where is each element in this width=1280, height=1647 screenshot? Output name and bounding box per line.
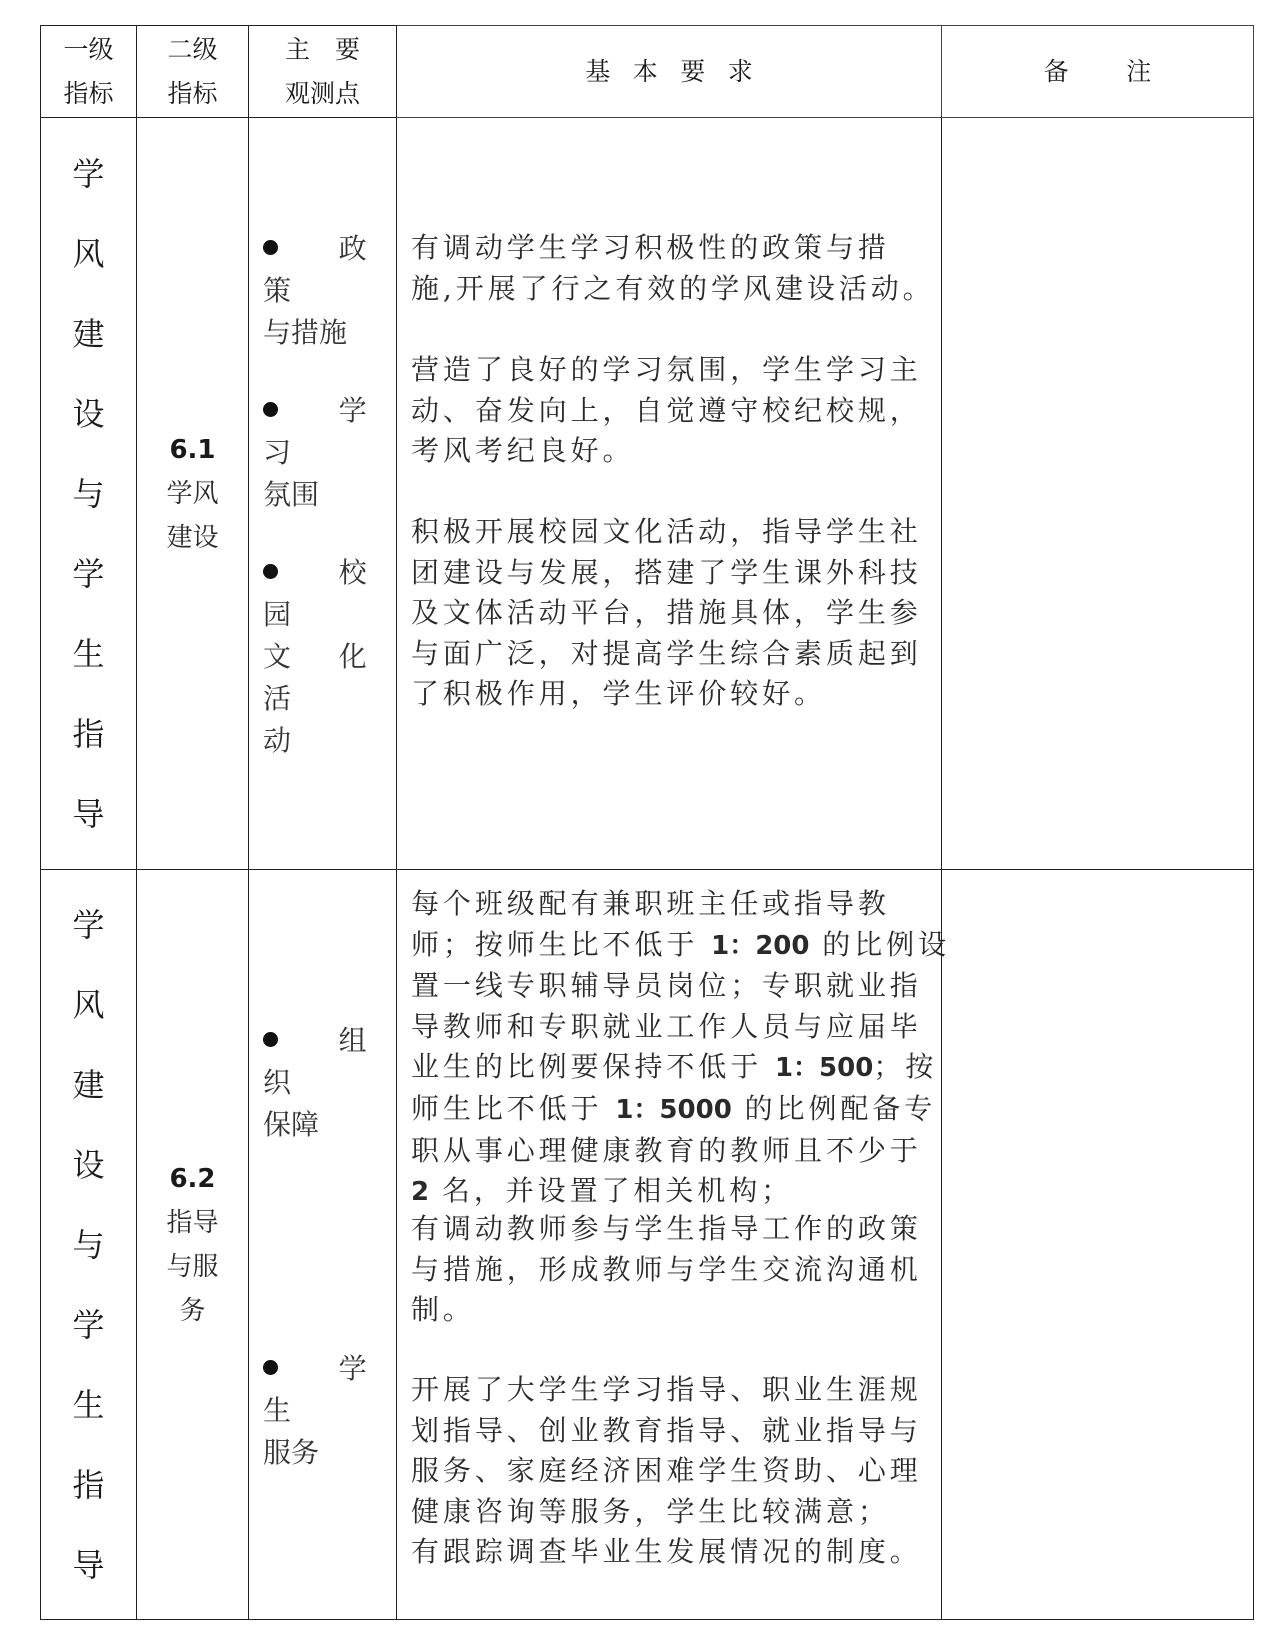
requirement-paragraph: 有调动学生学习积极性的政策与措 施,开展了行之有效的学风建设活动。 (411, 228, 931, 309)
requirement-paragraph: 开展了大学生学习指导、职业生涯规 划指导、创业教育指导、就业指导与 服务、家庭经… (411, 1370, 931, 1573)
observation-item: 学 习 氛围 (263, 390, 382, 516)
level2-indicator-cell: 6.2 指导 与服 务 (137, 870, 249, 1620)
requirements-cell: 每个班级配有兼职班主任或指导教 师；按师生比不低于 1：200 的比例设 置一线… (397, 870, 942, 1620)
evaluation-index-table: 一级 指标 二级 指标 主 要 观测点 基本要求 备注 学 风 (40, 25, 1254, 1620)
header-basic-requirements: 基本要求 (397, 26, 942, 118)
ratio-value: 1：5000 (615, 1095, 731, 1125)
indicator-number: 6.2 (137, 1157, 248, 1201)
requirement-paragraph: 积极开展校园文化活动，指导学生社 团建设与发展，搭建了学生课外科技 及文体活动平… (411, 512, 931, 715)
bullet-icon (263, 564, 278, 579)
header-main-observation-point: 主 要 观测点 (249, 26, 397, 118)
ratio-value: 1：200 (711, 931, 809, 961)
observation-item: 校 园 文 化 活 动 (263, 552, 382, 762)
ratio-value: 1：500 (775, 1053, 873, 1083)
requirement-paragraph: 营造了良好的学习氛围，学生学习主 动、奋发向上，自觉遵守校纪校规， 考风考纪良好… (411, 350, 931, 472)
bullet-icon (263, 1032, 278, 1047)
level2-indicator-cell: 6.1 学风 建设 (137, 118, 249, 870)
observation-item: 学 生 服务 (263, 1348, 382, 1474)
remarks-cell (942, 118, 1254, 870)
level1-indicator-cell: 学 风 建 设 与 学 生 指 导 (41, 118, 137, 870)
indicator-number: 6.1 (137, 428, 248, 472)
bullet-icon (263, 402, 278, 417)
header-row: 一级 指标 二级 指标 主 要 观测点 基本要求 备注 (41, 26, 1254, 118)
level1-indicator-cell: 学 风 建 设 与 学 生 指 导 (41, 870, 137, 1620)
requirement-paragraph: 每个班级配有兼职班主任或指导教 师；按师生比不低于 1：200 的比例设 置一线… (411, 884, 931, 1213)
observation-points-cell: 组 织 保障 学 生 服务 (249, 870, 397, 1620)
observation-item: 组 织 保障 (263, 1020, 382, 1146)
count-value: 2 (411, 1177, 429, 1207)
observation-points-cell: 政 策 与措施 学 习 氛围 校 园 文 化 活 动 (249, 118, 397, 870)
table-row: 学 风 建 设 与 学 生 指 导 6.1 学风 建设 政 策 与措施 (41, 118, 1254, 870)
header-level1-indicator: 一级 指标 (41, 26, 137, 118)
header-level2-indicator: 二级 指标 (137, 26, 249, 118)
table-row: 学 风 建 设 与 学 生 指 导 6.2 指导 与服 务 组 织 保障 (41, 870, 1254, 1620)
bullet-icon (263, 1360, 278, 1375)
requirement-paragraph: 有调动教师参与学生指导工作的政策 与措施，形成教师与学生交流沟通机 制。 (411, 1209, 931, 1331)
observation-item: 政 策 与措施 (263, 228, 382, 354)
remarks-cell (942, 870, 1254, 1620)
bullet-icon (263, 240, 278, 255)
requirements-cell: 有调动学生学习积极性的政策与措 施,开展了行之有效的学风建设活动。 营造了良好的… (397, 118, 942, 870)
header-remarks: 备注 (942, 26, 1254, 118)
